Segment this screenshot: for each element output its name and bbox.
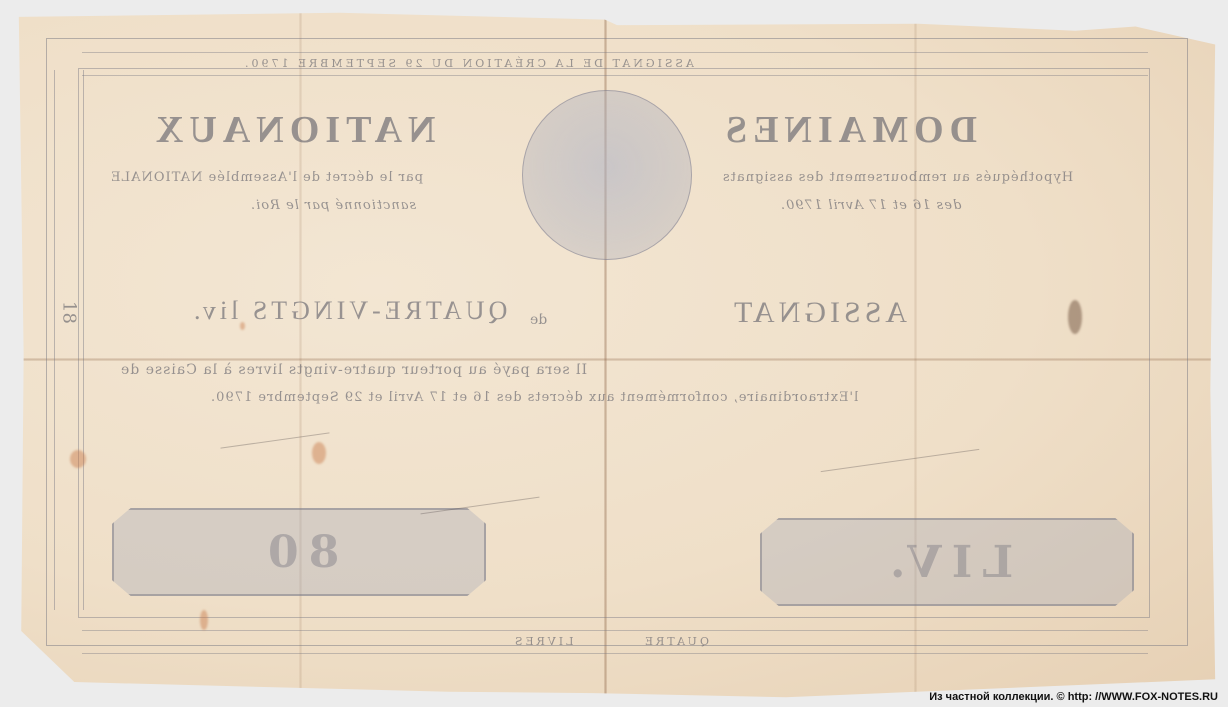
denomination-value: QUATRE-VINGTS liv. (190, 296, 507, 326)
collection-credit: Из частной коллекции. © http: //WWW.FOX-… (929, 691, 1218, 703)
header-line2-left: des 16 et 17 Avril 1790. (780, 198, 961, 213)
header-line1-left: Hypothéqués au remboursement des assigna… (722, 170, 1073, 185)
de-label: de (530, 312, 547, 328)
top-band-text: ASSIGNAT DE LA CRÉATION DU 29 SEPTEMBRE … (242, 57, 694, 70)
medallion-seal (522, 90, 692, 260)
side-strip: 18 (54, 70, 84, 610)
body-line2: l'Extraordinaire, conformément aux décre… (210, 390, 858, 405)
stain (200, 610, 208, 630)
stain (312, 442, 326, 464)
bottom-band: LIVRES QUATRE (82, 630, 1148, 654)
stain (70, 450, 86, 468)
stain (1068, 300, 1082, 334)
cartouche-left-text: 80 (258, 527, 339, 578)
title-domaines: DOMAINES (720, 108, 977, 152)
title-nationaux: NATIONAUX (150, 108, 436, 152)
cartouche-right: LIV. (760, 518, 1134, 606)
bottom-band-right-text: QUATRE (642, 635, 709, 648)
cartouche-right-text: LIV. (880, 537, 1013, 588)
cartouche-left: 80 (112, 508, 486, 596)
top-band: ASSIGNAT DE LA CRÉATION DU 29 SEPTEMBRE … (82, 52, 1148, 76)
header-line1-right: par le décret de l'Assemblée NATIONALE (110, 170, 423, 185)
assignat-label: ASSIGNAT (730, 296, 907, 330)
body-line1: Il sera payé au porteur quatre-vingts li… (120, 362, 587, 378)
bottom-band-left-text: LIVRES (512, 635, 573, 648)
header-line2-right: sanctionné par le Roi. (250, 198, 416, 213)
stain (240, 322, 245, 330)
side-number: 18 (59, 299, 80, 327)
